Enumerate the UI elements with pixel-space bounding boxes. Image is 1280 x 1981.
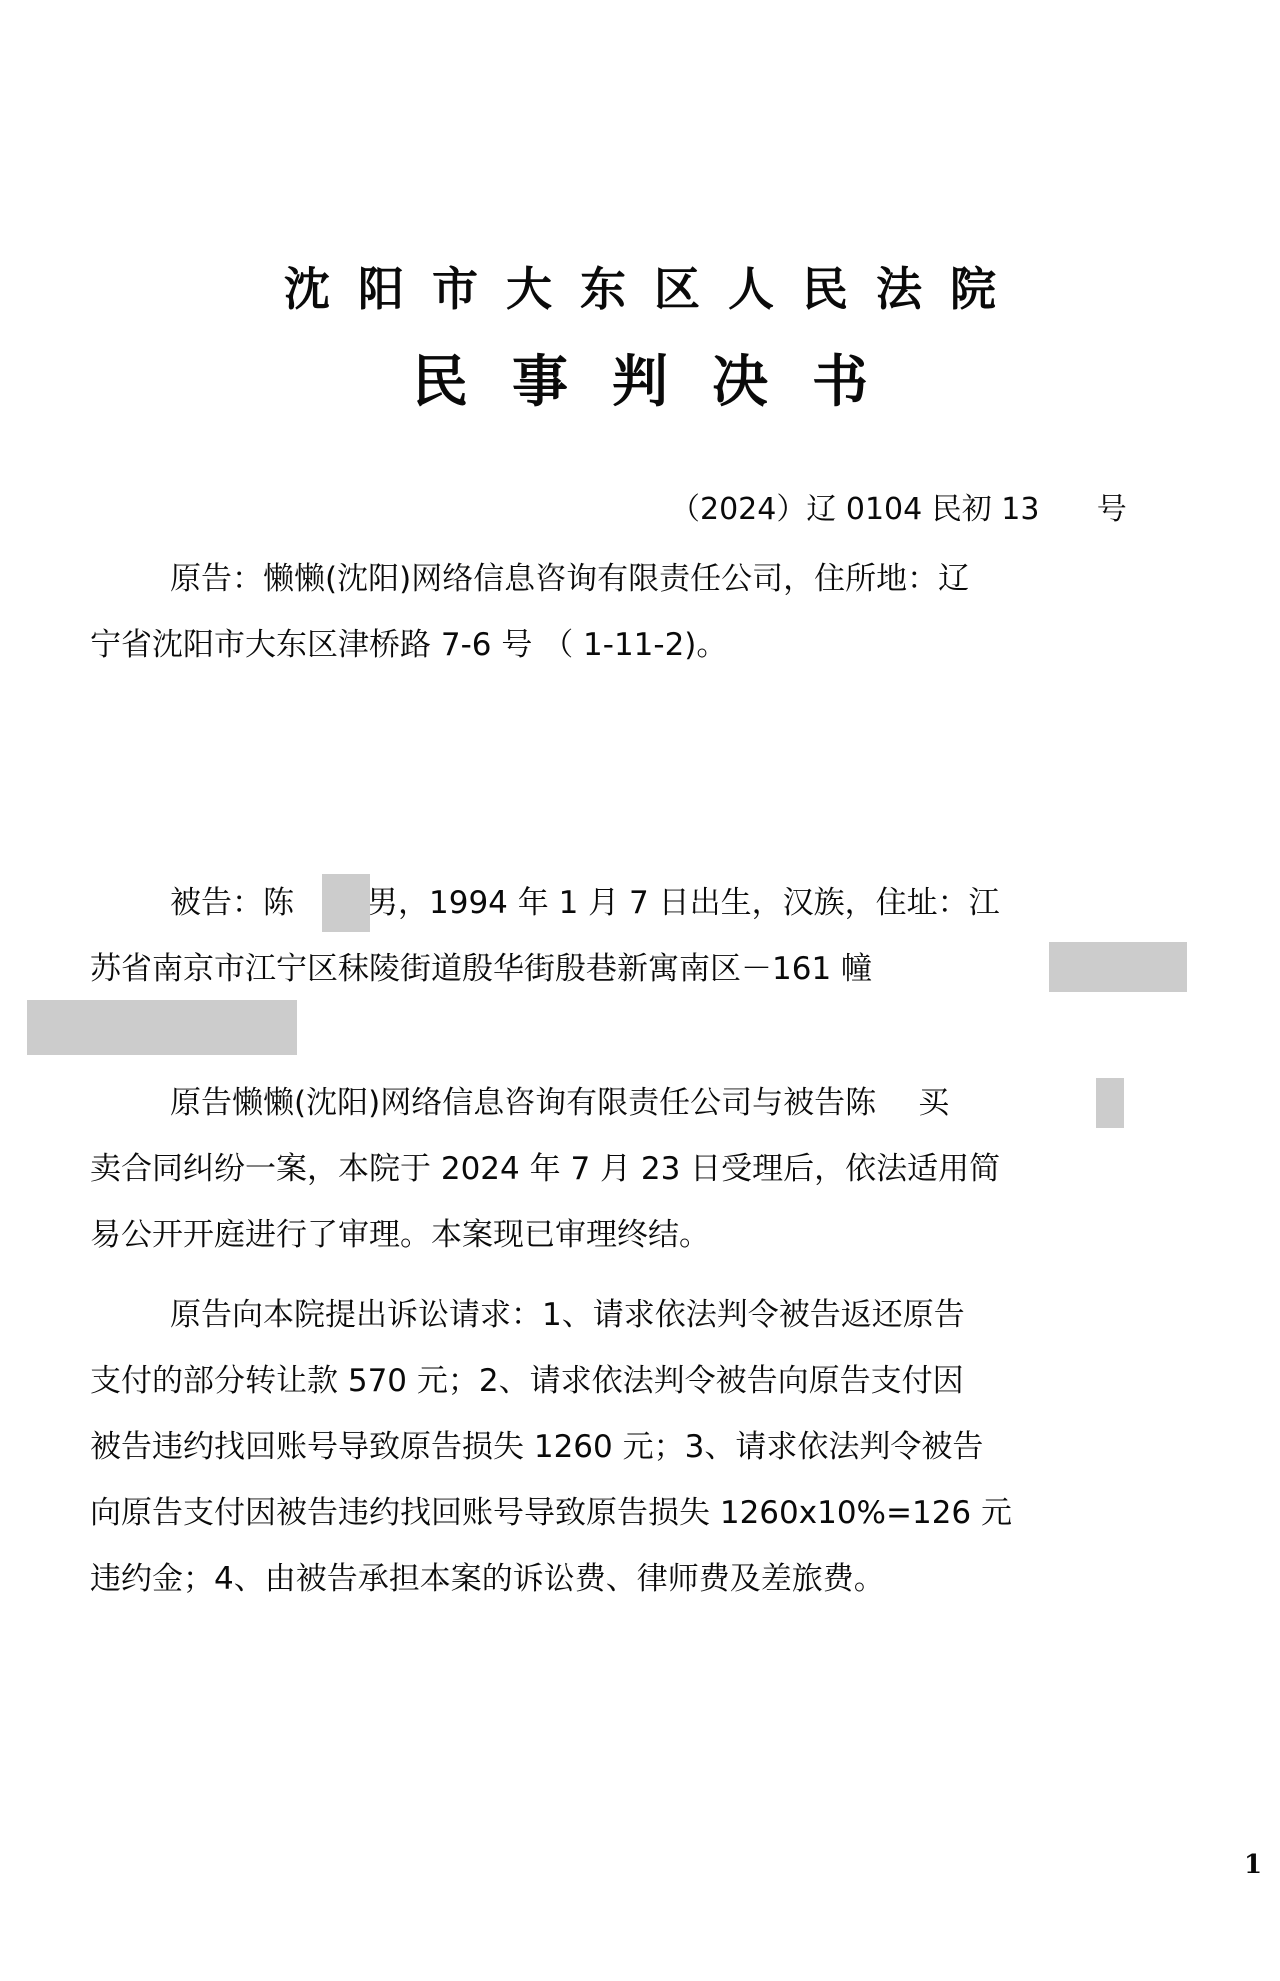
plaintiff-line-1: 原告：懒懒(沈阳)网络信息咨询有限责任公司，住所地：辽 [90,546,1200,612]
case-intro-line-3: 易公开开庭进行了审理。本案现已审理终结。 [90,1202,1200,1268]
case-number-prefix: （2024）辽 0104 民初 13 [670,492,1039,527]
case-intro-line-2: 卖合同纠纷一案，本院于 2024 年 7 月 23 日受理后，依法适用简 [90,1136,1200,1202]
defendant-details: ，男，1994 年 1 月 7 日出生，汉族，住址：江 [336,885,1000,921]
judgment-page: 沈阳市大东区人民法院 民事判决书 （2024）辽 0104 民初 13 号 原告… [0,0,1280,1981]
court-name: 沈阳市大东区人民法院 [0,258,1280,320]
claims-line-3: 被告违约找回账号导致原告损失 1260 元；3、请求依法判令被告 [90,1414,1200,1480]
document-type-title: 民事判决书 [0,347,1280,419]
case-intro-line-1-end: 买 [918,1085,949,1121]
redaction-defendant-name-2 [1096,1078,1124,1128]
case-intro-parties: 原告懒懒(沈阳)网络信息咨询有限责任公司与被告陈 [170,1085,876,1121]
case-intro-line-1: 原告懒懒(沈阳)网络信息咨询有限责任公司与被告陈买 [90,1070,1200,1136]
redaction-address-tail [1049,942,1187,992]
defendant-name-prefix: 被告：陈 [170,885,294,921]
case-number: （2024）辽 0104 民初 13 号 [670,490,1127,530]
plaintiff-line-2: 宁省沈阳市大东区津桥路 7-6 号 （ 1-11-2)。 [90,612,1200,678]
claims-line-4: 向原告支付因被告违约找回账号导致原告损失 1260x10%=126 元 [90,1480,1200,1546]
claims-line-1: 原告向本院提出诉讼请求：1、请求依法判令被告返还原告 [90,1282,1200,1348]
case-number-redacted-gap [1039,492,1096,527]
redaction-defendant-name [322,874,370,932]
claims-line-2: 支付的部分转让款 570 元；2、请求依法判令被告向原告支付因 [90,1348,1200,1414]
redaction-address-line-3 [27,1000,297,1055]
case-number-suffix: 号 [1097,492,1127,527]
case-intro-paragraph: 原告懒懒(沈阳)网络信息咨询有限责任公司与被告陈买 卖合同纠纷一案，本院于 20… [90,1070,1200,1268]
claims-line-5: 违约金；4、由被告承担本案的诉讼费、律师费及差旅费。 [90,1546,1200,1612]
page-number: 1 [1244,1852,1262,1878]
defendant-line-1: 被告：陈，男，1994 年 1 月 7 日出生，汉族，住址：江 [90,870,1200,936]
defendant-line-2: 苏省南京市江宁区秣陵街道殷华街殷巷新寓南区－161 幢 [90,936,1200,1002]
claims-paragraph: 原告向本院提出诉讼请求：1、请求依法判令被告返还原告 支付的部分转让款 570 … [90,1282,1200,1612]
plaintiff-paragraph: 原告：懒懒(沈阳)网络信息咨询有限责任公司，住所地：辽 宁省沈阳市大东区津桥路 … [90,546,1200,678]
defendant-paragraph: 被告：陈，男，1994 年 1 月 7 日出生，汉族，住址：江 苏省南京市江宁区… [90,870,1200,1002]
